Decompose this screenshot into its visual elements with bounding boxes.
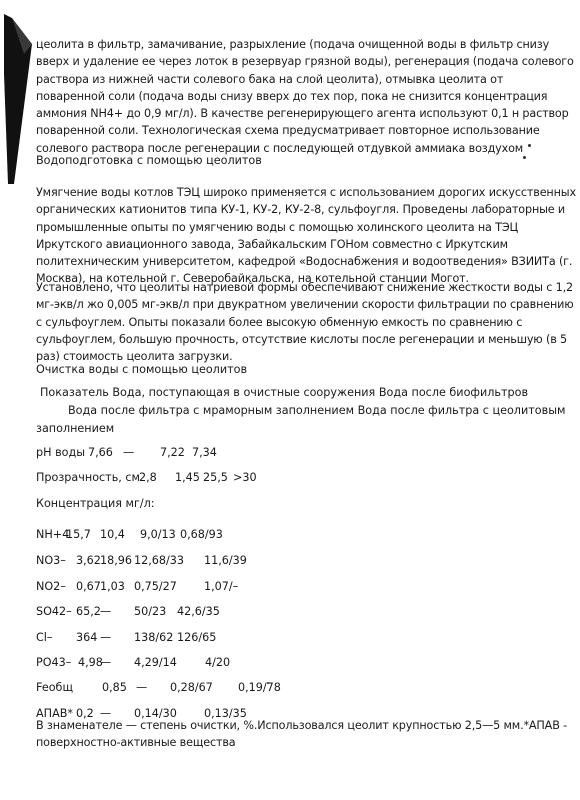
cell-value: — [100,605,111,618]
text-line: вверх и удаление ее через лоток в резерв… [36,53,556,70]
row-label: NO3– [36,554,66,567]
intro-paragraph: цеолита в фильтр, замачивание, разрыхлен… [36,36,556,157]
cell-value: 1,03 [100,580,125,593]
cell-value: 11,6/39 [204,554,247,567]
table-row-concentration: PO43–4,98—4,29/144/20 [0,656,580,672]
cell-value: 10,4 [100,528,125,541]
text-line: мг-экв/л жо 0,005 мг-экв/л при двукратно… [36,296,556,313]
table-row-concentration: Feобщ0,85—0,28/670,19/78 [0,681,580,697]
cell-value: >30 [233,471,257,484]
row-label: NH+4 [36,528,69,541]
row-label: Cl– [36,631,53,644]
text-line: поверхностно-активные вещества [36,734,556,751]
footnote: В знаменателе — степень очистки, %.Испол… [36,717,556,752]
cell-value: 0,67 [76,580,101,593]
cell-value: 3,62 [76,554,101,567]
cell-value: 138/62 [134,631,173,644]
table-row-concentration: NH+415,710,49,0/130,68/93 [0,528,580,544]
cell-value: 1,45 [175,471,200,484]
cell-value: 0,19/78 [238,681,281,694]
cell-value: 4,29/14 [134,656,177,669]
text-line: политехническим университетом, кафедрой … [36,253,556,270]
table-row-concentration: SO42–65,2—50/2342,6/35 [0,605,580,621]
paragraph-findings: Установлено, что цеолиты натриевой формы… [36,279,556,365]
section-heading-water-treatment: Водоподготовка с помощью цеолитов [36,154,262,167]
row-label: PO43– [36,656,71,669]
cell-value: — [136,681,147,694]
row-label: pH воды [36,446,85,459]
cell-value: 0,85 [102,681,127,694]
text-line: В знаменателе — степень очистки, %.Испол… [36,717,556,734]
cell-value: 65,2 [76,605,101,618]
text-line: раствора из нижней части солевого бака н… [36,71,556,88]
cell-value: 0,75/27 [134,580,177,593]
table-row-concentration: Cl–364—138/62126/65 [0,631,580,647]
text-line: аммония NH4+ до 0,9 мг/л). В качестве ре… [36,105,556,122]
cell-value: 18,96 [100,554,132,567]
concentration-label: Концентрация мг/л: [36,497,155,513]
cell-value: 42,6/35 [177,605,220,618]
table-row-param: pH воды7,66—7,227,34 [0,446,580,462]
cell-value: 15,7 [66,528,91,541]
table-header-line: заполнением [36,422,114,435]
row-label: NO2– [36,580,66,593]
cell-value: 2,8 [139,471,157,484]
cell-value: 126/65 [177,631,216,644]
cell-value: — [123,446,134,459]
cell-value: 25,5 [203,471,228,484]
cell-value: 50/23 [134,605,166,618]
row-label: Прозрачность, см [36,471,140,484]
cell-value: 1,07/– [204,580,238,593]
text-line: органических катионитов типа КУ-1, КУ-2,… [36,201,556,218]
text-line: промышленные опыты по умягчению воды с п… [36,219,556,236]
table-row-concentration: NO3–3,6218,9612,68/3311,6/39 [0,554,580,570]
text-line: сульфоуглем, большую прочность, отсутств… [36,331,556,348]
cell-value: 7,22 [160,446,185,459]
cell-value: 12,68/33 [134,554,184,567]
paragraph-softening: Умягчение воды котлов ТЭЦ широко применя… [36,184,556,288]
scan-edge-shadow [2,14,34,184]
text-line: Установлено, что цеолиты натриевой формы… [36,279,556,296]
cell-value: 4/20 [205,656,230,669]
table-header-line: Вода после фильтра с мраморным заполнени… [68,404,565,417]
text-line: поваренной соли (подача воды снизу вверх… [36,88,556,105]
table-row-param: Прозрачность, см2,81,4525,5>30 [0,471,580,487]
section-heading-purification: Очистка воды с помощью цеолитов [36,363,247,376]
text-line: с сульфоуглем. Опыты показали более высо… [36,314,556,331]
cell-value: — [100,656,111,669]
text-line: цеолита в фильтр, замачивание, разрыхлен… [36,36,556,53]
table-row-concentration: NO2–0,671,030,75/271,07/– [0,580,580,596]
cell-value: 7,34 [192,446,217,459]
row-label: Feобщ [36,681,73,694]
cell-value: 9,0/13 [140,528,176,541]
cell-value: 7,66 [88,446,113,459]
row-label: SO42– [36,605,72,618]
text-line: Иркутского авиационного завода, Забайкал… [36,236,556,253]
cell-value: 364 [76,631,97,644]
table-header-line: Показатель Вода, поступающая в очистные … [40,386,528,399]
text-line: поваренной соли. Технологическая схема п… [36,122,556,139]
scanned-page: цеолита в фильтр, замачивание, разрыхлен… [0,0,580,800]
cell-value: — [100,631,111,644]
text-line: Умягчение воды котлов ТЭЦ широко применя… [36,184,556,201]
cell-value: 0,68/93 [180,528,223,541]
cell-value: 0,28/67 [170,681,213,694]
